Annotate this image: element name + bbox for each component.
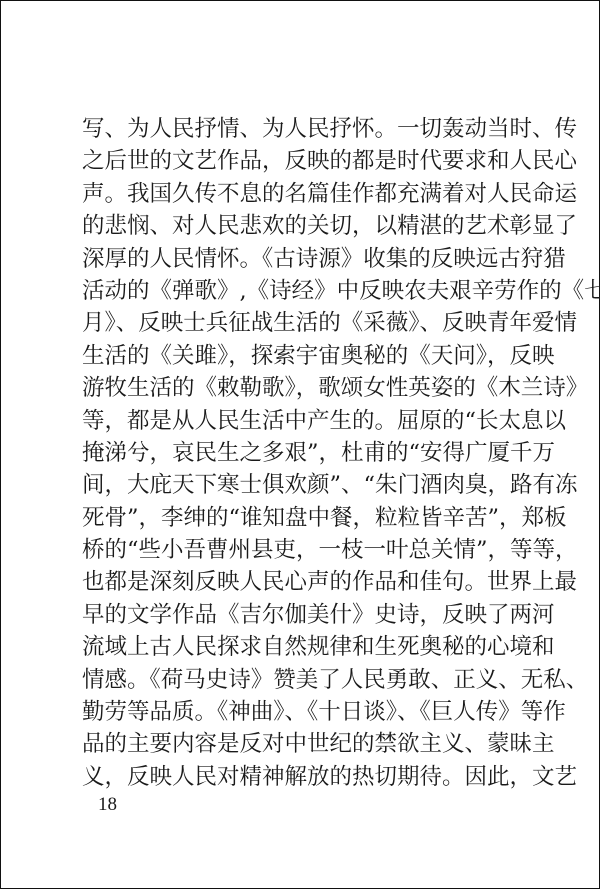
- page-number: 18: [98, 794, 117, 816]
- text-line: 死骨”，李绅的“谁知盘中餐，粒粒皆辛苦”，郑板: [82, 502, 524, 534]
- text-line: 写、为人民抒情、为人民抒怀。一切轰动当时、传: [82, 113, 524, 145]
- text-line: 的悲悯、对人民悲欢的关切，以精湛的艺术彰显了: [82, 210, 524, 242]
- text-line: 间，大庇天下寒士俱欢颜”、“朱门酒肉臭，路有冻: [82, 469, 524, 501]
- text-line: 也都是深刻反映人民心声的作品和佳句。世界上最: [82, 566, 524, 598]
- book-page: 写、为人民抒情、为人民抒怀。一切轰动当时、传 之后世的文艺作品，反映的都是时代要…: [0, 0, 600, 889]
- text-line: 品的主要内容是反对中世纪的禁欲主义、蒙昧主: [82, 728, 524, 760]
- text-line: 早的文学作品《吉尔伽美什》史诗，反映了两河: [82, 599, 524, 631]
- text-line: 生活的《关雎》，探索宇宙奥秘的《天问》，反映: [82, 340, 524, 372]
- text-line: 深厚的人民情怀。《古诗源》收集的反映远古狩猎: [82, 243, 524, 275]
- text-line: 游牧生活的《敕勒歌》，歌颂女性英姿的《木兰诗》: [82, 372, 524, 404]
- text-line: 月》、反映士兵征战生活的《采薇》、反映青年爱情: [82, 307, 524, 339]
- text-line: 之后世的文艺作品，反映的都是时代要求和人民心: [82, 145, 524, 177]
- text-line: 活动的《弹歌》,《诗经》中反映农夫艰辛劳作的《七: [82, 275, 524, 307]
- text-line: 桥的“些小吾曹州县吏，一枝一叶总关情”，等等，: [82, 534, 524, 566]
- text-line: 勤劳等品质。《神曲》、《十日谈》、《巨人传》等作: [82, 696, 524, 728]
- text-line: 流域上古人民探求自然规律和生死奥秘的心境和: [82, 631, 524, 663]
- body-text: 写、为人民抒情、为人民抒怀。一切轰动当时、传 之后世的文艺作品，反映的都是时代要…: [82, 113, 524, 793]
- text-line: 掩涕兮，哀民生之多艰”，杜甫的“安得广厦千万: [82, 437, 524, 469]
- text-line: 等，都是从人民生活中产生的。屈原的“长太息以: [82, 405, 524, 437]
- text-line: 义，反映人民对精神解放的热切期待。因此，文艺: [82, 761, 524, 793]
- text-line: 声。我国久传不息的名篇佳作都充满着对人民命运: [82, 178, 524, 210]
- text-line: 情感。《荷马史诗》赞美了人民勇敢、正义、无私、: [82, 664, 524, 696]
